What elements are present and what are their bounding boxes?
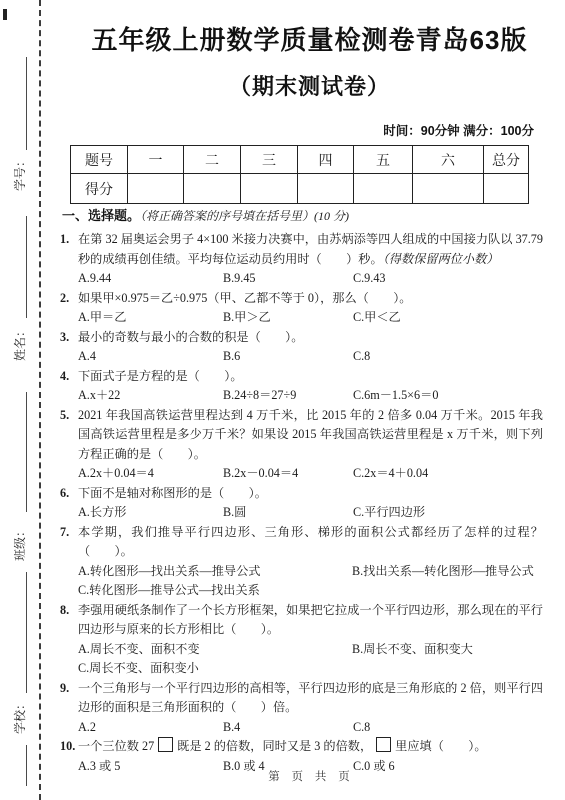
question-number: 1. <box>60 230 69 250</box>
column-header-cell: 六 <box>413 146 484 174</box>
options-row: A.甲＝乙B.甲＞乙C.甲＜乙 <box>78 308 543 328</box>
score-empty-cell <box>484 174 529 204</box>
column-header-cell: 五 <box>354 146 413 174</box>
column-header-cell: 一 <box>128 146 184 174</box>
question-list: 1.在第 32 届奥运会男子 4×100 米接力决赛中，由苏炳添等四人组成的中国… <box>62 230 543 776</box>
option: B.9.45 <box>223 269 353 289</box>
question-number: 3. <box>60 328 69 348</box>
question-number: 10. <box>60 737 75 757</box>
options-row: A.9.44B.9.45C.9.43 <box>78 269 543 289</box>
question: 5.2021 年我国高铁运营里程达到 4 万千米，比 2015 年的 2 倍多 … <box>62 406 543 484</box>
option: A.2x＋0.04＝4 <box>78 464 223 484</box>
question: 8.李强用硬纸条制作了一个长方形框架，如果把它拉成一个平行四边形，那么现在的平行… <box>62 601 543 679</box>
student-name-label: 姓名： <box>11 312 29 374</box>
score-empty-cell <box>128 174 184 204</box>
school-label: 学校： <box>11 685 29 747</box>
option: C.8 <box>353 347 370 367</box>
option: B.6 <box>223 347 353 367</box>
margin-blank-line <box>26 57 27 150</box>
option: B.2x－0.04＝4 <box>223 464 353 484</box>
question: 2.如果甲×0.975＝乙÷0.975（甲、乙都不等于 0），那么（ ）。A.甲… <box>62 289 543 328</box>
question: 3.最小的奇数与最小的合数的积是（ ）。A.4B.6C.8 <box>62 328 543 367</box>
question-text: 2021 年我国高铁运营里程达到 4 万千米，比 2015 年的 2 倍多 0.… <box>78 408 543 461</box>
question-text: 一个三位数 27既是 2 的倍数，同时又是 3 的倍数，里应填（ ）。 <box>78 739 487 753</box>
options-row: A.长方形B.圆C.平行四边形 <box>78 503 543 523</box>
option: A.长方形 <box>78 503 223 523</box>
score-empty-cell <box>184 174 241 204</box>
question-text: 一个三角形与一个平行四边形的高相等，平行四边形的底是三角形底的 2 倍，则平行四… <box>78 681 543 715</box>
answer-box <box>158 737 173 752</box>
question: 1.在第 32 届奥运会男子 4×100 米接力决赛中，由苏炳添等四人组成的中国… <box>62 230 543 289</box>
question: 4.下面式子是方程的是（ ）。A.x＋22B.24÷8＝27÷9C.6m－1.5… <box>62 367 543 406</box>
section-title: 一、选择题。 <box>62 208 140 223</box>
question-text: 下面不是轴对称图形的是（ ）。 <box>78 486 267 500</box>
question-number: 8. <box>60 601 69 621</box>
score-empty-cell <box>241 174 298 204</box>
score-empty-cell <box>354 174 413 204</box>
question-note: （得数保留两位小数） <box>383 252 499 266</box>
option: B.圆 <box>223 503 353 523</box>
option: C.6m－1.5×6＝0 <box>353 386 438 406</box>
column-header-cell: 二 <box>184 146 241 174</box>
options-row: A.4B.6C.8 <box>78 347 543 367</box>
column-header-cell: 总分 <box>484 146 529 174</box>
option: B.甲＞乙 <box>223 308 353 328</box>
option: C.2x＝4＋0.04 <box>353 464 428 484</box>
option: A.转化图形—找出关系—推导公式 <box>78 562 352 582</box>
score-empty-cell <box>298 174 354 204</box>
option: B.周长不变、面积变大 <box>352 640 473 660</box>
question: 7.本学期，我们推导平行四边形、三角形、梯形的面积公式都经历了怎样的过程？（ ）… <box>62 523 543 601</box>
margin-blank-line <box>26 216 27 318</box>
option: A.9.44 <box>78 269 223 289</box>
column-header-cell: 三 <box>241 146 298 174</box>
question: 6.下面不是轴对称图形的是（ ）。A.长方形B.圆C.平行四边形 <box>62 484 543 523</box>
exam-paper-page: { "header": { "title": "五年级上册数学质量检测卷青岛63… <box>0 0 565 800</box>
options-row: A.周长不变、面积不变B.周长不变、面积变大 <box>78 640 543 660</box>
score-row: 得分 <box>71 174 529 204</box>
option: C.甲＜乙 <box>353 308 401 328</box>
margin-blank-line <box>26 392 27 512</box>
header: 五年级上册数学质量检测卷青岛63版 （期末测试卷） <box>62 0 557 101</box>
option: C.周长不变、面积变小 <box>78 659 199 679</box>
column-header-cell: 四 <box>298 146 354 174</box>
question-text: 本学期，我们推导平行四边形、三角形、梯形的面积公式都经历了怎样的过程？（ ）。 <box>78 525 543 559</box>
options-row: A.转化图形—找出关系—推导公式B.找出关系—转化图形—推导公式 <box>78 562 543 582</box>
question-number: 6. <box>60 484 69 504</box>
option: C.8 <box>353 718 370 738</box>
section-instruction: （将正确答案的序号填在括号里）(10 分) <box>140 209 349 223</box>
page-title: 五年级上册数学质量检测卷青岛63版 <box>62 20 557 57</box>
class-label: 班级： <box>11 512 29 574</box>
options-row: A.2x＋0.04＝4B.2x－0.04＝4C.2x＝4＋0.04 <box>78 464 543 484</box>
print-corner-mark <box>3 9 7 20</box>
options-row: C.转化图形—推导公式—找出关系 <box>78 581 543 601</box>
option: B.4 <box>223 718 353 738</box>
question-number: 9. <box>60 679 69 699</box>
question-text: 如果甲×0.975＝乙÷0.975（甲、乙都不等于 0），那么（ ）。 <box>78 291 411 305</box>
section-heading: 一、选择题。（将正确答案的序号填在括号里）(10 分) <box>62 206 543 230</box>
option: A.4 <box>78 347 223 367</box>
option: A.甲＝乙 <box>78 308 223 328</box>
option: A.2 <box>78 718 223 738</box>
option: C.9.43 <box>353 269 386 289</box>
margin-blank-line <box>26 745 27 786</box>
question-number: 5. <box>60 406 69 426</box>
option: B.找出关系—转化图形—推导公式 <box>352 562 534 582</box>
page-footer: 第 页 共 页 <box>62 768 557 784</box>
score-empty-cell <box>413 174 484 204</box>
score-table: 题号一二三四五六总分得分 <box>70 145 529 204</box>
seal-dashed-line <box>39 0 41 800</box>
question-number: 7. <box>60 523 69 543</box>
margin-blank-line <box>26 572 27 693</box>
question-number-header-cell: 题号 <box>71 146 128 174</box>
option: C.转化图形—推导公式—找出关系 <box>78 581 260 601</box>
score-row-label: 得分 <box>71 174 128 204</box>
time-score-info: 时间：90分钟 满分：100分 <box>62 121 534 139</box>
options-row: A.x＋22B.24÷8＝27÷9C.6m－1.5×6＝0 <box>78 386 543 406</box>
options-row: A.2B.4C.8 <box>78 718 543 738</box>
option: A.x＋22 <box>78 386 223 406</box>
question-number: 4. <box>60 367 69 387</box>
question-text: 最小的奇数与最小的合数的积是（ ）。 <box>78 330 303 344</box>
option: B.24÷8＝27÷9 <box>223 386 353 406</box>
question-text: 下面式子是方程的是（ ）。 <box>78 369 243 383</box>
question-text: 李强用硬纸条制作了一个长方形框架，如果把它拉成一个平行四边形，那么现在的平行四边… <box>78 603 543 637</box>
page-subtitle: （期末测试卷） <box>62 70 557 101</box>
question: 9.一个三角形与一个平行四边形的高相等，平行四边形的底是三角形底的 2 倍，则平… <box>62 679 543 738</box>
answer-box <box>376 737 391 752</box>
question-number: 2. <box>60 289 69 309</box>
question-text: 在第 32 届奥运会男子 4×100 米接力决赛中，由苏炳添等四人组成的中国接力… <box>78 232 543 266</box>
option: C.平行四边形 <box>353 503 425 523</box>
options-row: C.周长不变、面积变小 <box>78 659 543 679</box>
main-content: 一、选择题。（将正确答案的序号填在括号里）(10 分) 1.在第 32 届奥运会… <box>62 206 543 776</box>
score-table-header-row: 题号一二三四五六总分 <box>71 146 529 174</box>
student-number-label: 学号： <box>11 142 29 204</box>
option: A.周长不变、面积不变 <box>78 640 352 660</box>
